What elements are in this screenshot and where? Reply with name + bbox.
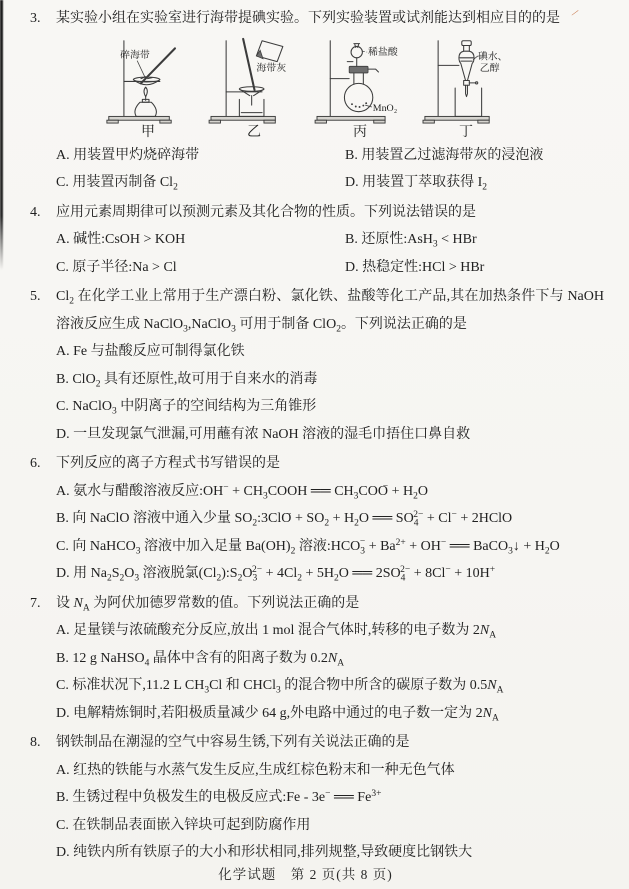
question-4-number: 4.: [30, 199, 41, 227]
apparatus-diagrams: 碎海带 甲: [98, 37, 604, 140]
option-d: D. 电解精炼铜时,若阳极质量减少 64 g,外电路中通过的电子数一定为 2NA: [56, 700, 604, 728]
option-c: C. 向 NaHCO3 溶液中加入足量 Ba(OH)2 溶液:HCO3− + B…: [56, 533, 604, 561]
question-3-stem: 某实验小组在实验室进行海带提碘实验。下列实验装置或试剂能达到相应目的的是: [56, 5, 604, 33]
apparatus-ding: 碘水、 乙醇 丁: [416, 37, 516, 140]
option-c: C. 标准状况下,11.2 L CH3Cl 和 CHCl3 的混合物中所含的碳原…: [56, 672, 604, 700]
option-d: D. 一旦发现氯气泄漏,可用蘸有浓 NaOH 溶液的湿毛巾捂住口鼻自救: [56, 421, 604, 449]
question-5-stem: Cl2 在化学工业上常用于生产漂白粉、氯化铁、盐酸等化工产品,其在加热条件下与 …: [56, 283, 604, 338]
apparatus-jia-illustration: 碎海带: [101, 37, 196, 124]
question-8: 8. 钢铁制品在潮湿的空气中容易生锈,下列有关说法正确的是 A. 红热的铁能与水…: [30, 729, 604, 867]
exam-body: 3. 某实验小组在实验室进行海带提碘实验。下列实验装置或试剂能达到相应目的的是: [30, 5, 604, 867]
apparatus-jia: 碎海带 甲: [98, 37, 198, 140]
option-a: A. 碱性:CsOH > KOH: [56, 226, 345, 254]
question-7: 7. 设 NA 为阿伏加德罗常数的值。下列说法正确的是 A. 足量镁与浓硫酸充分…: [30, 590, 604, 728]
option-c: C. 在铁制品表面嵌入锌块可起到防腐作用: [56, 812, 604, 840]
option-a: A. 氨水与醋酸溶液反应:OH− + CH3COOH ══ CH3COO− + …: [56, 478, 604, 506]
question-8-number: 8.: [30, 729, 41, 757]
option-a: A. Fe 与盐酸反应可制得氯化铁: [56, 338, 604, 366]
exam-page: ∕ · 3. 某实验小组在实验室进行海带提碘实验。下列实验装置或试剂能达到相应目…: [0, 0, 629, 889]
question-5-options: A. Fe 与盐酸反应可制得氯化铁 B. ClO2 具有还原性,故可用于自来水的…: [56, 338, 604, 448]
question-4-stem: 应用元素周期律可以预测元素及其化合物的性质。下列说法错误的是: [56, 199, 604, 227]
option-b: B. 12 g NaHSO4 晶体中含有的阳离子数为 0.2NA: [56, 645, 604, 673]
option-d: D. 用 Na2S2O3 溶液脱氯(Cl2):S2O32− + 4Cl2 + 5…: [56, 560, 604, 588]
apparatus-yi-caption: 乙: [247, 125, 261, 140]
question-6-number: 6.: [30, 450, 41, 478]
option-d: D. 热稳定性:HCl > HBr: [345, 254, 604, 282]
apparatus-bing-illustration: 稀盐酸 MnO₂: [313, 37, 408, 124]
question-8-options: A. 红热的铁能与水蒸气发生反应,生成红棕色粉末和一种无色气体 B. 生锈过程中…: [56, 757, 604, 867]
option-c: C. 原子半径:Na > Cl: [56, 254, 345, 282]
apparatus-ding-caption: 丁: [459, 125, 473, 140]
question-5: 5. Cl2 在化学工业上常用于生产漂白粉、氯化铁、盐酸等化工产品,其在加热条件…: [30, 283, 604, 448]
question-6-options: A. 氨水与醋酸溶液反应:OH− + CH3COOH ══ CH3COO− + …: [56, 478, 604, 588]
question-8-stem: 钢铁制品在潮湿的空气中容易生锈,下列有关说法正确的是: [56, 729, 604, 757]
page-footer: 化学试题 第 2 页(共 8 页): [0, 863, 611, 883]
question-3: 3. 某实验小组在实验室进行海带提碘实验。下列实验装置或试剂能达到相应目的的是: [30, 5, 604, 197]
question-7-number: 7.: [30, 590, 41, 618]
question-5-number: 5.: [30, 283, 41, 311]
option-b: B. ClO2 具有还原性,故可用于自来水的消毒: [56, 366, 604, 394]
question-3-options: A. 用装置甲灼烧碎海带 B. 用装置乙过滤海带灰的浸泡液 C. 用装置丙制备 …: [56, 142, 604, 197]
apparatus-bing-label-acid: 稀盐酸: [368, 44, 398, 57]
option-a: A. 足量镁与浓硫酸充分反应,放出 1 mol 混合气体时,转移的电子数为 2N…: [56, 617, 604, 645]
apparatus-bing-label-mno2: MnO₂: [372, 102, 396, 113]
option-b: B. 用装置乙过滤海带灰的浸泡液: [345, 142, 604, 170]
question-6: 6. 下列反应的离子方程式书写错误的是 A. 氨水与醋酸溶液反应:OH− + C…: [30, 450, 604, 588]
option-b: B. 向 NaClO 溶液中通入少量 SO2:3ClO− + SO2 + H2O…: [56, 505, 604, 533]
question-4-options: A. 碱性:CsOH > KOH B. 还原性:AsH3 < HBr C. 原子…: [56, 226, 604, 281]
option-c: C. NaClO3 中阴离子的空间结构为三角锥形: [56, 393, 604, 421]
question-6-stem: 下列反应的离子方程式书写错误的是: [56, 450, 604, 478]
apparatus-yi: 海带灰 乙: [204, 37, 304, 140]
option-b: B. 还原性:AsH3 < HBr: [345, 226, 604, 254]
apparatus-yi-label: 海带灰: [256, 61, 286, 74]
option-a: A. 用装置甲灼烧碎海带: [56, 142, 345, 170]
scan-edge-artifact: [0, 0, 3, 270]
apparatus-yi-illustration: 海带灰: [207, 37, 302, 124]
apparatus-bing-caption: 丙: [353, 125, 367, 140]
apparatus-ding-label-line2: 乙醇: [479, 61, 499, 74]
apparatus-jia-caption: 甲: [141, 125, 155, 140]
option-a: A. 红热的铁能与水蒸气发生反应,生成红棕色粉末和一种无色气体: [56, 757, 604, 785]
apparatus-ding-illustration: 碘水、 乙醇: [419, 37, 514, 124]
apparatus-ding-label-line1: 碘水、: [477, 49, 507, 62]
question-3-number: 3.: [30, 5, 41, 33]
apparatus-bing: 稀盐酸 MnO₂ 丙: [310, 37, 410, 140]
option-c: C. 用装置丙制备 Cl2: [56, 169, 345, 197]
option-d: D. 用装置丁萃取获得 I2: [345, 169, 604, 197]
question-4: 4. 应用元素周期律可以预测元素及其化合物的性质。下列说法错误的是 A. 碱性:…: [30, 199, 604, 282]
apparatus-jia-label: 碎海带: [120, 47, 150, 60]
question-7-stem: 设 NA 为阿伏加德罗常数的值。下列说法正确的是: [56, 590, 604, 618]
question-7-options: A. 足量镁与浓硫酸充分反应,放出 1 mol 混合气体时,转移的电子数为 2N…: [56, 617, 604, 727]
option-b: B. 生锈过程中负极发生的电极反应式:Fe - 3e− ══ Fe3+: [56, 784, 604, 812]
